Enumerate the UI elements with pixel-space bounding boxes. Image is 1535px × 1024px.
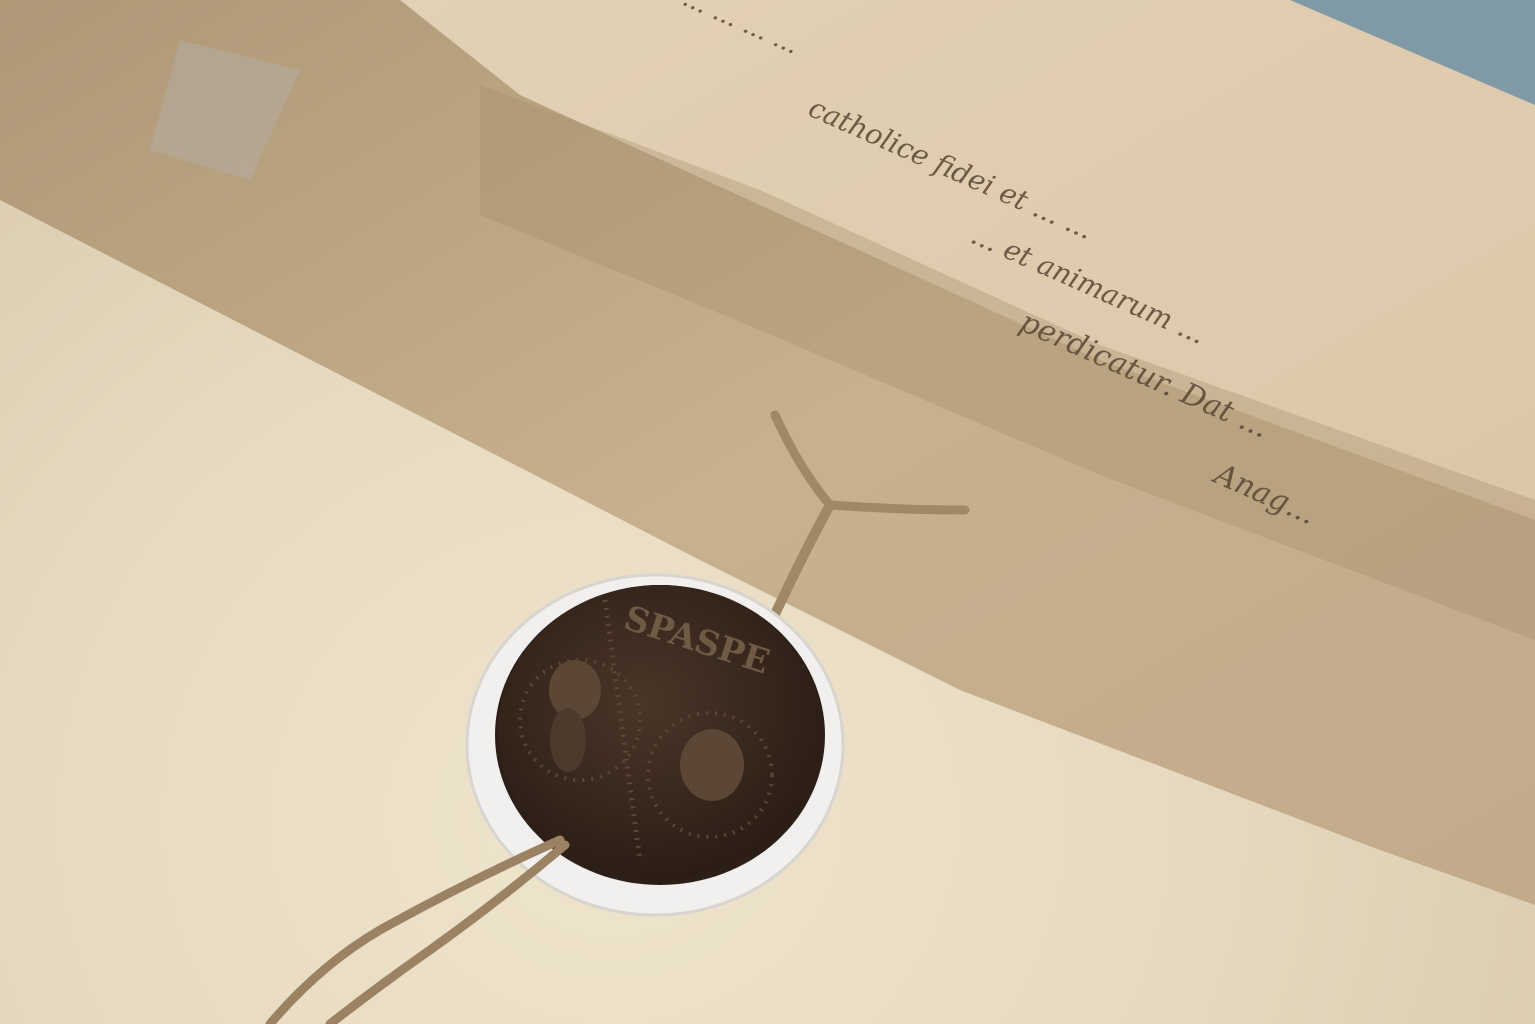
paul-beard <box>550 708 586 772</box>
photo-scene: ... fidei ... ... ... ... ... ... ... ..… <box>0 0 1535 1024</box>
papal-bull-photo: ... fidei ... ... ... ... ... ... ... ..… <box>0 0 1535 1024</box>
cord-lower-a <box>270 840 560 1024</box>
peter-face <box>680 729 744 801</box>
